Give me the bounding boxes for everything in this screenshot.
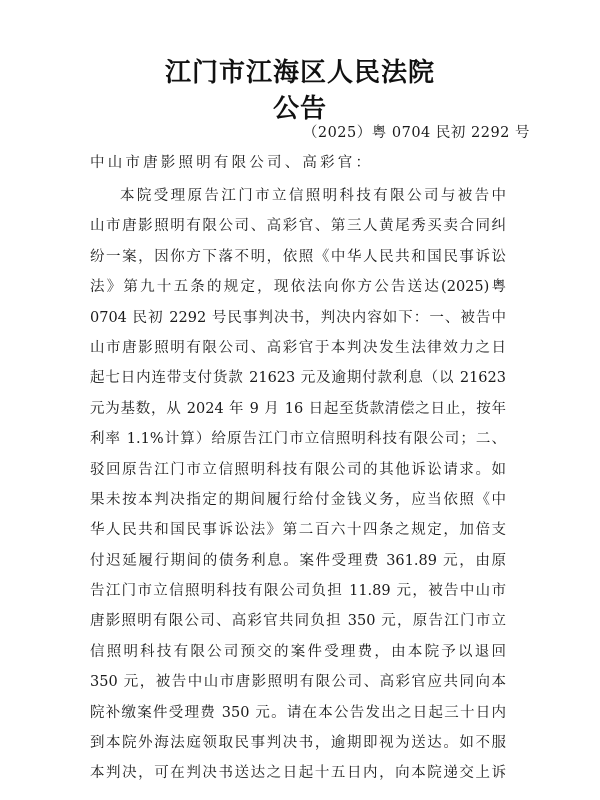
body-line: 果未按本判决指定的期间履行给付金钱义务，应当依照《中 — [90, 485, 506, 515]
addressee: 中山市唐影照明有限公司、高彩官： — [90, 151, 373, 172]
body-line: 华人民共和国民事诉讼法》第二百六十四条之规定，加倍支 — [90, 515, 506, 545]
court-name-heading: 江门市江海区人民法院 — [0, 52, 600, 89]
body-line: 信照明科技有限公司预交的案件受理费，由本院予以退回 — [90, 637, 506, 667]
body-line: 到本院外海法庭领取民事判决书，逾期即视为送达。如不服 — [90, 728, 506, 758]
court-notice-page: 江门市江海区人民法院 公告 （2025）粤 0704 民初 2292 号 中山市… — [0, 0, 600, 800]
body-line: 驳回原告江门市立信照明科技有限公司的其他诉讼请求。如 — [90, 455, 506, 485]
body-line: 利率 1.1%计算）给原告江门市立信照明科技有限公司；二、 — [90, 424, 506, 454]
body-line: 元为基数，从 2024 年 9 月 16 日起至货款清偿之日止，按年 — [90, 394, 506, 424]
case-number: （2025）粤 0704 民初 2292 号 — [303, 121, 530, 142]
body-line: 起七日内连带支付货款 21623 元及逾期付款利息（以 21623 — [90, 363, 506, 393]
body-line: 山市唐影照明有限公司、高彩官、第三人黄尾秀买卖合同纠 — [90, 211, 506, 241]
notice-body: 本院受理原告江门市立信照明科技有限公司与被告中 山市唐影照明有限公司、高彩官、第… — [90, 181, 510, 789]
body-line: 纷一案，因你方下落不明，依照《中华人民共和国民事诉讼 — [90, 242, 506, 272]
body-line: 唐影照明有限公司、高彩官共同负担 350 元，原告江门市立 — [90, 606, 506, 636]
body-line: 本判决，可在判决书送达之日起十五日内，向本院递交上诉 — [90, 758, 506, 788]
body-line: 法》第九十五条的规定，现依法向你方公告送达(2025)粤 — [90, 272, 506, 302]
body-line: 本院受理原告江门市立信照明科技有限公司与被告中 — [90, 181, 506, 211]
notice-title: 公告 — [0, 88, 600, 125]
body-line: 告江门市立信照明科技有限公司负担 11.89 元，被告中山市 — [90, 576, 506, 606]
body-line: 院补缴案件受理费 350 元。请在本公告发出之日起三十日内 — [90, 698, 506, 728]
body-line: 0704 民初 2292 号民事判决书，判决内容如下：一、被告中 — [90, 303, 506, 333]
body-line: 付迟延履行期间的债务利息。案件受理费 361.89 元，由原 — [90, 546, 506, 576]
body-line: 山市唐影照明有限公司、高彩官于本判决发生法律效力之日 — [90, 333, 506, 363]
body-line: 350 元，被告中山市唐影照明有限公司、高彩官应共同向本 — [90, 667, 506, 697]
